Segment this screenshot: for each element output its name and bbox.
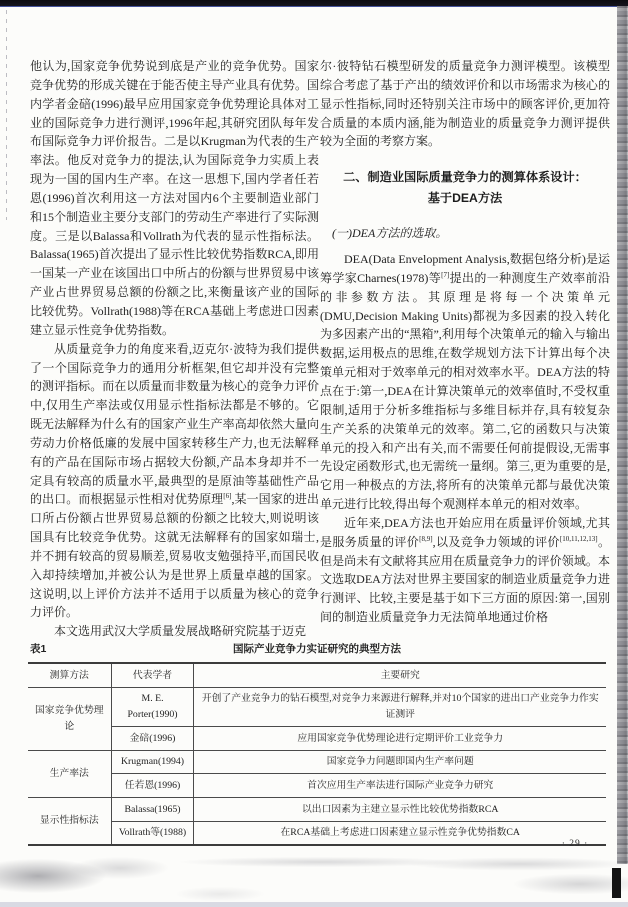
- table-head: 测算方法代表学者主要研究: [28, 663, 606, 687]
- table-label: 表1: [30, 641, 46, 657]
- table-caption: 表1 国际产业竞争力实证研究的典型方法: [28, 641, 606, 657]
- scan-left-edge-line: [6, 10, 7, 220]
- paragraph: 本文选用武汉大学质量发展战略研究院基于迈克: [30, 622, 319, 641]
- table-row: 生产率法Krugman(1994)国家竞争力问题即国内生产率问题: [28, 750, 606, 774]
- citation-ref: [8,9]: [419, 535, 432, 543]
- method-cell: 国家竞争优势理论: [28, 687, 111, 750]
- methods-table: 测算方法代表学者主要研究 国家竞争优势理论M. E. Porter(1990)开…: [28, 662, 606, 846]
- citation-ref: [6]: [223, 492, 231, 500]
- scholar-cell: M. E. Porter(1990): [111, 687, 194, 726]
- paragraph: 近年来,DEA方法也开始应用在质量评价领域,尤其是服务质量的评价[8,9],以及…: [320, 514, 610, 627]
- scholar-cell: 金碚(1996): [111, 727, 194, 751]
- scan-top-edge: [0, 0, 628, 7]
- method-cell: 显示性指标法: [28, 798, 111, 846]
- table-header-cell: 代表学者: [111, 663, 194, 687]
- left-column: 他认为,国家竞争优势说到底是产业的竞争优势。国家竞争优势的形成关键在于能否使主导…: [30, 57, 319, 641]
- research-cell: 首次应用生产率法进行国际产业竞争力研究: [194, 774, 606, 798]
- table-title: 国际产业竞争力实证研究的典型方法: [28, 641, 606, 657]
- table-header-cell: 主要研究: [194, 663, 606, 687]
- scan-black-mark: [612, 868, 621, 898]
- subsection-title: (一)DEA方法的选取。: [320, 224, 610, 243]
- research-cell: 开创了产业竞争力的钻石模型,对竞争力来源进行解释,并对10个国家的进出口产业竞争…: [194, 687, 606, 726]
- right-column: 尔·彼特钻石模型研发的质量竞争力测评模型。该模型综合考虑了基于产出的绩效评价和以…: [320, 57, 610, 627]
- citation-ref: [7]: [441, 271, 449, 279]
- table-row: 任若恩(1996)首次应用生产率法进行国际产业竞争力研究: [28, 774, 606, 798]
- table1: 表1 国际产业竞争力实证研究的典型方法 测算方法代表学者主要研究 国家竞争优势理…: [28, 641, 606, 846]
- scan-bottom-strip: [0, 902, 628, 907]
- research-cell: 国家竞争力问题即国内生产率问题: [194, 750, 606, 774]
- table-body: 国家竞争优势理论M. E. Porter(1990)开创了产业竞争力的钻石模型,…: [28, 687, 606, 845]
- table-header-row: 测算方法代表学者主要研究: [28, 663, 606, 687]
- scholar-cell: 任若恩(1996): [111, 774, 194, 798]
- research-cell: 以出口因素为主建立显示性比较优势指数RCA: [194, 798, 606, 822]
- paragraph: 从质量竞争力的角度来看,迈克尔·波特为我们提供了一个国际竞争力的通用分析框架,但…: [30, 340, 319, 623]
- section-heading: 二、制造业国际质量竞争力的测算体系设计：基于DEA方法: [320, 167, 610, 209]
- page-number: · 29 ·: [543, 839, 607, 849]
- scanned-paper-page: 他认为,国家竞争优势说到底是产业的竞争优势。国家竞争优势的形成关键在于能否使主导…: [0, 0, 628, 907]
- section-heading-line: 二、制造业国际质量竞争力的测算体系设计：: [320, 167, 610, 188]
- table-row: Vollrath等(1988)在RCA基础上考虑进口因素建立显示性竞争优势指数C…: [28, 821, 606, 845]
- paragraph: DEA(Data Envelopment Analysis,数据包络分析)是运筹…: [320, 250, 610, 514]
- method-cell: 生产率法: [28, 750, 111, 797]
- scholar-cell: Krugman(1994): [111, 750, 194, 774]
- table-row: 显示性指标法Balassa(1965)以出口因素为主建立显示性比较优势指数RCA: [28, 798, 606, 822]
- table-row: 金碚(1996)应用国家竞争优势理论进行定期评价工业竞争力: [28, 727, 606, 751]
- citation-ref: [10,11,12,13]: [560, 535, 598, 543]
- scholar-cell: Vollrath等(1988): [111, 821, 194, 845]
- section-heading-line: 基于DEA方法: [320, 188, 610, 209]
- table-row: 国家竞争优势理论M. E. Porter(1990)开创了产业竞争力的钻石模型,…: [28, 687, 606, 726]
- scholar-cell: Balassa(1965): [111, 798, 194, 822]
- scan-bottom-noise: [0, 854, 628, 904]
- table-header-cell: 测算方法: [28, 663, 111, 687]
- paragraph: 尔·彼特钻石模型研发的质量竞争力测评模型。该模型综合考虑了基于产出的绩效评价和以…: [320, 57, 610, 151]
- paragraph: 他认为,国家竞争优势说到底是产业的竞争优势。国家竞争优势的形成关键在于能否使主导…: [30, 57, 319, 340]
- scan-right-edge: [617, 6, 628, 864]
- research-cell: 应用国家竞争优势理论进行定期评价工业竞争力: [194, 727, 606, 751]
